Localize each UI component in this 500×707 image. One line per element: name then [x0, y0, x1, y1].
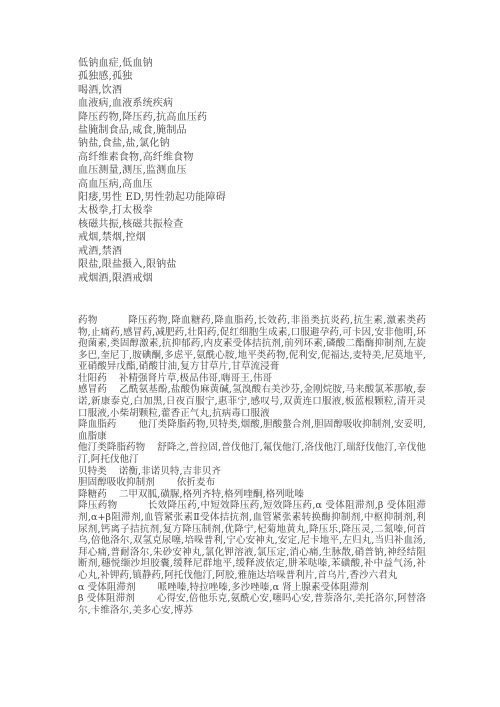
term-gap	[98, 322, 128, 323]
synonym-line: 盐腌制食品,咸食,腌制品	[78, 124, 425, 137]
entry-term: 贝特类	[78, 466, 107, 477]
entry-term: β 受体阻滞剂	[78, 593, 135, 604]
entry-term: 壮阳药	[78, 373, 107, 384]
term-entry-cold-medicine: 感冒药乙酰氨基酚,盐酸伪麻黄碱,氢溴酸右美沙芬,金刚烷胺,马来酸氯苯那敏,泰诺,…	[78, 384, 426, 419]
term-gap	[107, 380, 119, 381]
synonym-line: 限盐,限盐摄入,限钠盐	[78, 258, 425, 271]
entry-synonyms: 补精强肾片草,极品伟哥,嗨哥王,伟哥	[119, 373, 272, 384]
term-entry-fibrates: 贝特类诺衡,非诺贝特,吉非贝齐	[78, 466, 426, 478]
term-entries: 药物降压药物,降血糖药,降血脂药,长效药,非甾类抗炎药,抗生素,激素类药物,止痛…	[78, 315, 426, 616]
entry-term: 降压药物	[78, 500, 117, 511]
synonym-line: 钠盐,食盐,盐,氯化钠	[78, 137, 425, 150]
entry-synonyms: 长效降压药,中短效降压药,短效降压药,α 受体阻滞剂,β 受体阻滞剂,α+β阻滞…	[78, 500, 426, 581]
synonym-line: 孤独感,孤独	[78, 70, 425, 83]
term-gap	[155, 484, 177, 485]
synonym-line: 血液病,血液系统疾病	[78, 97, 425, 110]
synonym-line: 高血压病,高血压	[78, 178, 425, 191]
entry-synonyms: 降压药物,降血糖药,降血脂药,长效药,非甾类抗炎药,抗生素,激素类药物,止痛药,…	[78, 315, 426, 372]
entry-synonyms: 依折麦布	[177, 477, 215, 488]
term-gap	[117, 507, 147, 508]
entry-synonyms: 他汀类降脂药物,贝特类,烟酸,胆酸螯合剂,胆固醇吸收抑制剂,安妥明,血脂康	[78, 419, 426, 442]
term-entry-hypoglycemic: 降糖药二甲双胍,磺脲,格列齐特,格列喹酮,格列吡嗪	[78, 489, 426, 501]
synonym-line: 高纤维素食物,高纤维食物	[78, 151, 425, 164]
term-gap	[107, 391, 119, 392]
entry-term: 降血脂药	[78, 419, 116, 430]
term-gap	[136, 589, 158, 590]
synonym-line: 太极拳,打太极拳	[78, 204, 425, 217]
synonym-line: 戒烟,禁烟,控烟	[78, 231, 425, 244]
entry-synonyms: 诺衡,非诺贝特,吉非贝齐	[119, 466, 221, 477]
synonym-line: 降压药物,降压药,抗高血压药	[78, 111, 425, 124]
term-entry-lipid-lowering: 降血脂药他汀类降脂药物,贝特类,烟酸,胆酸螯合剂,胆固醇吸收抑制剂,安妥明,血脂…	[78, 419, 426, 442]
synonym-line: 戒酒,禁酒	[78, 245, 425, 258]
term-entry-beta-blocker: β 受体阻滞剂心得安,倍他乐克,氨酰心安,噻吗心安,普萘洛尔,美托洛尔,阿替洛尔…	[78, 593, 426, 616]
entry-term: 感冒药	[78, 384, 107, 395]
term-entry-aphrodisiac: 壮阳药补精强肾片草,极品伟哥,嗨哥王,伟哥	[78, 373, 426, 385]
term-entry-drugs: 药物降压药物,降血糖药,降血脂药,长效药,非甾类抗炎药,抗生素,激素类药物,止痛…	[78, 315, 426, 373]
term-gap	[135, 600, 157, 601]
term-entry-alpha-blocker: α 受体阻滞剂哌唑嗪,特拉唑嗪,多沙唑嗪,α 肾上腺素受体阻滞剂	[78, 582, 426, 594]
term-gap	[116, 426, 138, 427]
term-gap	[107, 473, 119, 474]
entry-term: 胆固醇吸收抑制剂	[78, 477, 155, 488]
document-page: 低钠血症,低血钠 孤独感,孤独 喝酒,饮酒 血液病,血液系统疾病 降压药物,降压…	[0, 0, 500, 707]
term-entry-antihypertensive: 降压药物长效降压药,中短效降压药,短效降压药,α 受体阻滞剂,β 受体阻滞剂,α…	[78, 500, 426, 581]
entry-synonyms: 二甲双胍,磺脲,格列齐特,格列喹酮,格列吡嗪	[119, 489, 304, 500]
entry-term: 降糖药	[78, 489, 107, 500]
entry-term: 他汀类降脂药物	[78, 442, 145, 453]
term-entry-cholesterol-absorption-inhibitor: 胆固醇吸收抑制剂依折麦布	[78, 477, 426, 489]
synonym-line: 低钠血症,低血钠	[78, 57, 425, 70]
entry-term: 药物	[78, 315, 98, 326]
term-entry-statins: 他汀类降脂药物舒降之,普拉固,普伐他汀,氟伐他汀,洛伐他汀,瑞舒伐他汀,辛伐他汀…	[78, 442, 426, 465]
entry-synonyms: 哌唑嗪,特拉唑嗪,多沙唑嗪,α 肾上腺素受体阻滞剂	[158, 582, 369, 593]
term-gap	[107, 496, 119, 497]
synonym-line: 核磁共振,核磁共振检查	[78, 218, 425, 231]
synonym-line: 戒烟酒,限酒戒烟	[78, 272, 425, 285]
synonym-list: 低钠血症,低血钠 孤独感,孤独 喝酒,饮酒 血液病,血液系统疾病 降压药物,降压…	[78, 57, 425, 285]
synonym-line: 喝酒,饮酒	[78, 84, 425, 97]
synonym-line: 阳痿,男性 ED,男性勃起功能障碍	[78, 191, 425, 204]
entry-synonyms: 乙酰氨基酚,盐酸伪麻黄碱,氢溴酸右美沙芬,金刚烷胺,马来酸氯苯那敏,泰诺,新康泰…	[78, 384, 426, 418]
entry-term: α 受体阻滞剂	[78, 582, 136, 593]
term-gap	[145, 449, 157, 450]
synonym-line: 血压测量,测压,监测血压	[78, 164, 425, 177]
